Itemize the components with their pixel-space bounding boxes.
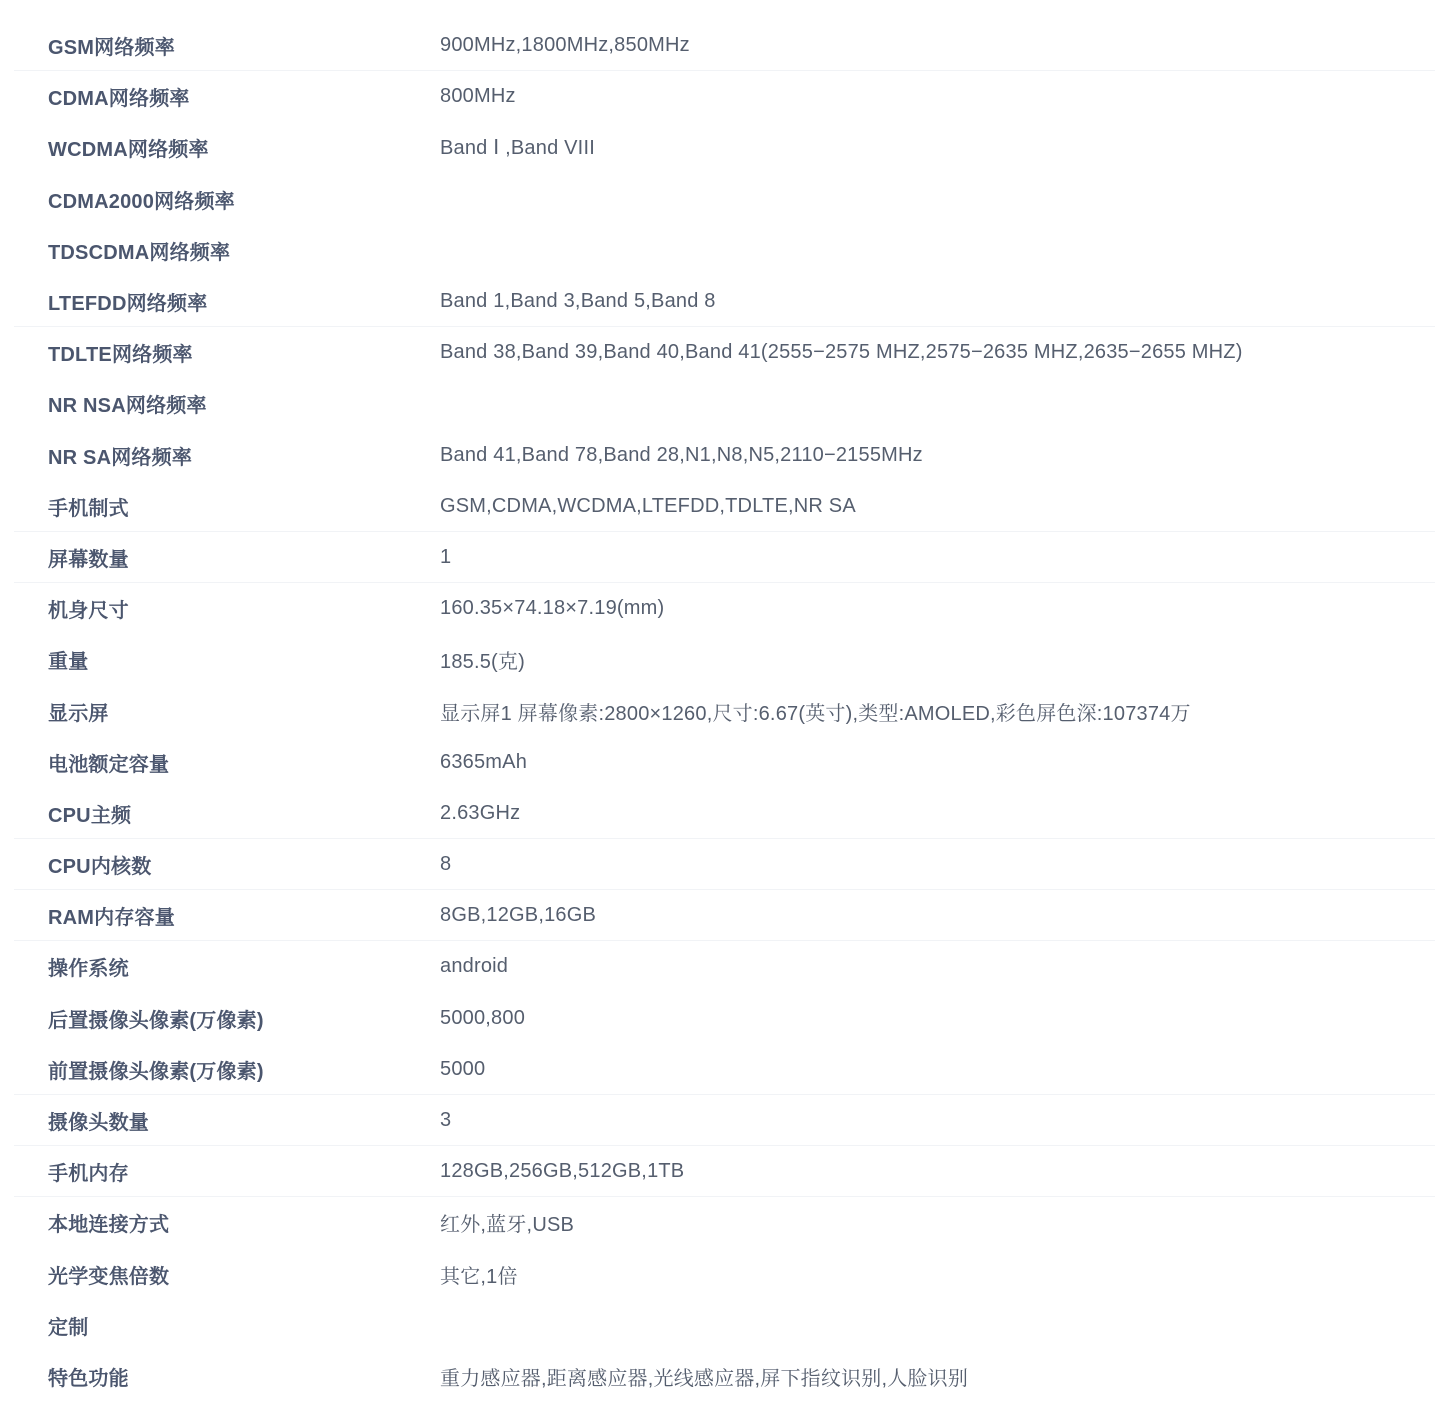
table-row: 重量 185.5(克)	[0, 634, 1435, 685]
table-row: 电池额定容量 6365mAh	[0, 737, 1435, 788]
spec-label: 机身尺寸	[0, 594, 440, 623]
spec-value: 800MHz	[440, 85, 1435, 108]
spec-label: 前置摄像头像素(万像素)	[0, 1055, 440, 1084]
spec-value: 重力感应器,距离感应器,光线感应器,屏下指纹识别,人脸识别	[440, 1362, 1435, 1391]
spec-value: 其它,1倍	[440, 1260, 1435, 1289]
table-row: 操作系统 android	[0, 941, 1435, 992]
spec-value: 5000,800	[440, 1007, 1435, 1030]
spec-label: 手机制式	[0, 492, 440, 521]
spec-page: GSM网络频率 900MHz,1800MHz,850MHz CDMA网络频率 8…	[0, 0, 1435, 1409]
table-row: 定制	[0, 1300, 1435, 1351]
table-row: 手机制式 GSM,CDMA,WCDMA,LTEFDD,TDLTE,NR SA	[0, 481, 1435, 532]
spec-value: 2.63GHz	[440, 802, 1435, 825]
spec-value: 128GB,256GB,512GB,1TB	[440, 1160, 1435, 1183]
table-row: TDLTE网络频率 Band 38,Band 39,Band 40,Band 4…	[0, 327, 1435, 378]
spec-label: 摄像头数量	[0, 1106, 440, 1135]
table-row: 机身尺寸 160.35×74.18×7.19(mm)	[0, 583, 1435, 634]
spec-label: 显示屏	[0, 697, 440, 726]
spec-label: 操作系统	[0, 952, 440, 981]
table-row: 光学变焦倍数 其它,1倍	[0, 1249, 1435, 1300]
spec-value: Band 38,Band 39,Band 40,Band 41(2555−257…	[440, 341, 1435, 364]
table-row: CDMA2000网络频率	[0, 174, 1435, 225]
spec-label: TDSCDMA网络频率	[0, 236, 440, 265]
spec-label: CPU主频	[0, 799, 440, 828]
spec-label: 手机内存	[0, 1157, 440, 1186]
spec-label: CDMA2000网络频率	[0, 185, 440, 214]
spec-value: android	[440, 955, 1435, 978]
spec-label: 屏幕数量	[0, 543, 440, 572]
spec-value: Band 1,Band 3,Band 5,Band 8	[440, 290, 1435, 313]
spec-label: TDLTE网络频率	[0, 338, 440, 367]
table-row: CPU主频 2.63GHz	[0, 788, 1435, 839]
table-row: 本地连接方式 红外,蓝牙,USB	[0, 1197, 1435, 1248]
spec-value: 1	[440, 546, 1435, 569]
spec-value: 红外,蓝牙,USB	[440, 1208, 1435, 1237]
table-row: LTEFDD网络频率 Band 1,Band 3,Band 5,Band 8	[0, 276, 1435, 327]
spec-value: 8GB,12GB,16GB	[440, 904, 1435, 927]
spec-label: 电池额定容量	[0, 748, 440, 777]
table-row: 前置摄像头像素(万像素) 5000	[0, 1044, 1435, 1095]
spec-label: 光学变焦倍数	[0, 1260, 440, 1289]
spec-value: Band Ⅰ ,Band VIII	[440, 135, 1435, 160]
spec-label: LTEFDD网络频率	[0, 287, 440, 316]
table-row: GSM网络频率 900MHz,1800MHz,850MHz	[0, 20, 1435, 71]
spec-value: 显示屏1 屏幕像素:2800×1260,尺寸:6.67(英寸),类型:AMOLE…	[440, 697, 1435, 726]
table-row: CPU内核数 8	[0, 839, 1435, 890]
table-row: NR SA网络频率 Band 41,Band 78,Band 28,N1,N8,…	[0, 430, 1435, 481]
spec-label: WCDMA网络频率	[0, 133, 440, 162]
table-row: 屏幕数量 1	[0, 532, 1435, 583]
spec-label: CDMA网络频率	[0, 82, 440, 111]
spec-value: 8	[440, 853, 1435, 876]
table-row: 特色功能 重力感应器,距离感应器,光线感应器,屏下指纹识别,人脸识别	[0, 1351, 1435, 1402]
table-row: 摄像头数量 3	[0, 1095, 1435, 1146]
spec-value: 5000	[440, 1058, 1435, 1081]
table-row: TDSCDMA网络频率	[0, 225, 1435, 276]
spec-label: 定制	[0, 1311, 440, 1340]
spec-value: GSM,CDMA,WCDMA,LTEFDD,TDLTE,NR SA	[440, 495, 1435, 518]
spec-label: 本地连接方式	[0, 1208, 440, 1237]
table-row: RAM内存容量 8GB,12GB,16GB	[0, 890, 1435, 941]
table-row: WCDMA网络频率 Band Ⅰ ,Band VIII	[0, 122, 1435, 173]
spec-value: 900MHz,1800MHz,850MHz	[440, 34, 1435, 57]
spec-label: RAM内存容量	[0, 901, 440, 930]
spec-value: 160.35×74.18×7.19(mm)	[440, 597, 1435, 620]
spec-label: 重量	[0, 645, 440, 674]
spec-table: GSM网络频率 900MHz,1800MHz,850MHz CDMA网络频率 8…	[0, 0, 1435, 1402]
spec-value: Band 41,Band 78,Band 28,N1,N8,N5,2110−21…	[440, 444, 1435, 467]
spec-label: NR NSA网络频率	[0, 389, 440, 418]
spec-label: 特色功能	[0, 1362, 440, 1391]
table-row: 后置摄像头像素(万像素) 5000,800	[0, 993, 1435, 1044]
spec-label: GSM网络频率	[0, 31, 440, 60]
table-row: CDMA网络频率 800MHz	[0, 71, 1435, 122]
spec-value: 6365mAh	[440, 751, 1435, 774]
spec-value: 185.5(克)	[440, 645, 1435, 674]
table-row: 显示屏 显示屏1 屏幕像素:2800×1260,尺寸:6.67(英寸),类型:A…	[0, 685, 1435, 736]
spec-value: 3	[440, 1109, 1435, 1132]
spec-label: CPU内核数	[0, 850, 440, 879]
table-row: 手机内存 128GB,256GB,512GB,1TB	[0, 1146, 1435, 1197]
spec-label: 后置摄像头像素(万像素)	[0, 1004, 440, 1033]
table-row: NR NSA网络频率	[0, 378, 1435, 429]
spec-label: NR SA网络频率	[0, 441, 440, 470]
